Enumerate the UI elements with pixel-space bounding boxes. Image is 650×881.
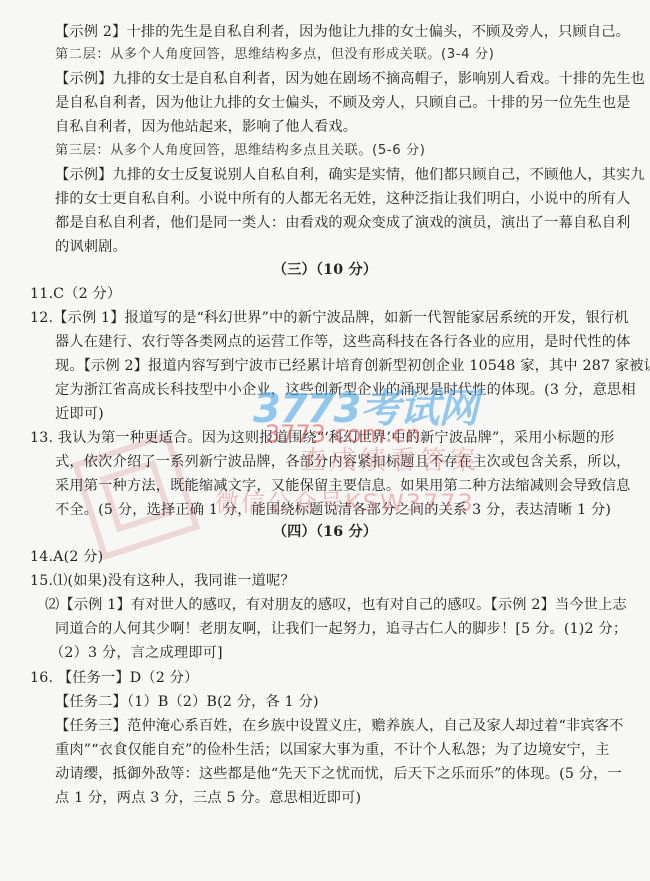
example-line: 【示例】九排的女士反复说别人自私自利，确实是实情，他们都只顾自己，不顾他人，其实… <box>55 165 645 185</box>
answer-13-cont: 不全。(5 分，选择正确 1 分，能围绕标题说清各部分之间的关系 3 分，表达清… <box>55 500 611 520</box>
answer-12-cont: 现。【示例 2】报道内容写到宁波市已经累计培育创新型初创企业 10548 家，其… <box>55 356 650 376</box>
level-2-criteria: 第二层：从多个人角度回答，思维结构多点，但没有形成关联。(3-4 分) <box>55 45 494 65</box>
section-4-heading: （四）（16 分） <box>0 522 650 542</box>
answer-13-cont: 式，依次介绍了一系列新宁波品牌，各部分内容紧扣标题且不存在主次或包含关系，所以， <box>55 452 631 472</box>
example-line: 排的女士更自私自利。小说中所有的人都无名无姓，这种泛指让我们明白，小说中的所有人 <box>55 189 631 209</box>
answer-15-2-cont: （2）3 分，言之成理即可] <box>50 643 223 663</box>
answer-15-2-cont: 同道合的人何其少啊！老朋友啊，让我们一起努力，追寻古仁人的脚步！[5 分。(1)… <box>55 619 627 639</box>
answer-12-cont: 近即可) <box>55 404 104 424</box>
answer-15-1: 15.⑴(如果)没有这种人，我同谁一道呢？ <box>30 571 295 591</box>
answer-16-task-1: 16. 【任务一】D（2 分） <box>30 668 199 688</box>
answer-key-page: 【示例 2】十排的先生是自私自利者，因为他让九排的女士偏头，不顾及旁人，只顾自己… <box>0 0 650 881</box>
answer-13: 13. 我认为第一种更适合。因为这则报道围绕“‘科幻世界’中的新宁波品牌”，采用… <box>30 428 615 448</box>
answer-16-task-2: 【任务二】（1）B（2）B(2 分，各 1 分) <box>55 692 319 712</box>
answer-12-cont: 定为浙江省高成长科技型中小企业，这些创新型企业的涌现是时代性的体现。(3 分，意… <box>55 380 636 400</box>
example-line: 【示例】九排的女士是自私自利者，因为她在剧场不摘高帽子，影响别人看戏。十排的先生… <box>55 69 645 89</box>
answer-13-cont: 采用第一种方法，既能缩减文字，又能保留主要信息。如果用第二种方法缩减则会导致信息 <box>55 476 631 496</box>
example-line: 自私自利者，因为他站起来，影响了他人看戏。 <box>55 117 357 137</box>
answer-12: 12.【示例 1】报道写的是“科幻世界”中的新宁波品牌，如新一代智能家居系统的开… <box>30 308 629 328</box>
answer-12-cont: 器人在建行、农行等各类网点的运营工作等，这些高科技在各行各业的应用，是时代性的体 <box>55 332 631 352</box>
answer-14: 14.A(2 分) <box>30 547 103 567</box>
answer-16-task-3: 【任务三】范仲淹心系百姓，在乡族中设置义庄，赡养族人，自己及家人却过着“非宾客不 <box>55 716 624 736</box>
example-line: 的讽刺剧。 <box>55 237 127 257</box>
section-3-heading: （三）（10 分） <box>0 260 650 280</box>
example-line: 都是自私自利者，他们是同一类人：由看戏的观众变成了演戏的演员，演出了一幕自私自利 <box>55 213 631 233</box>
example-2-line: 【示例 2】十排的先生是自私自利者，因为他让九排的女士偏头，不顾及旁人，只顾自己… <box>55 22 630 42</box>
level-3-criteria: 第三层：从多个人角度回答，思维结构多点且关联。(5-6 分) <box>55 141 426 161</box>
answer-16-task-3-cont: 重肉”“衣食仅能自充”的俭朴生活；以国家大事为重，不计个人私怨；为了边境安宁，主 <box>55 740 610 760</box>
answer-16-task-3-cont: 点 1 分，两点 3 分，三点 5 分。意思相近即可) <box>55 788 361 808</box>
answer-16-task-3-cont: 动请缨，抵御外敌等：这些都是他“先天下之忧而忧，后天下之乐而乐”的体现。(5 分… <box>55 764 622 784</box>
answer-15-2: ⑵【示例 1】有对世人的感叹，有对朋友的感叹，也有对自己的感叹。【示例 2】当今… <box>45 595 627 615</box>
answer-11: 11.C（2 分） <box>30 284 121 304</box>
example-line: 是自私自利者，因为他让九排的女士偏头，不顾及旁人，只顾自己。十排的另一位先生也是 <box>55 93 631 113</box>
